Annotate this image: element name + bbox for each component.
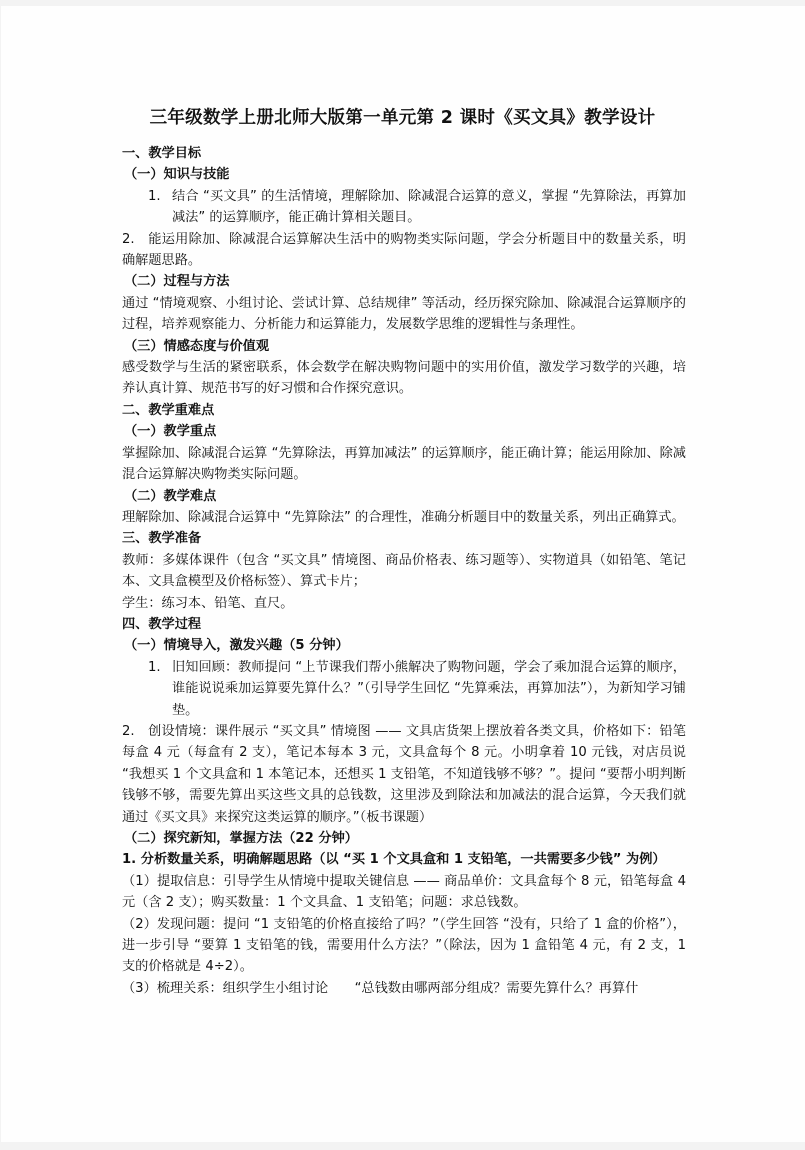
subheading-knowledge-skills: （一）知识与技能	[124, 164, 686, 185]
list-number: 1.	[148, 657, 161, 678]
subheading-key-points: （一）教学重点	[124, 421, 686, 442]
paragraph: 掌握除加、除减混合运算 “先算除法，再算加减法” 的运算顺序，能正确计算；能运用…	[122, 443, 686, 486]
list-item: 1. 旧知回顾：教师提问 “上节课我们帮小熊解决了购物问题，学会了乘加混合运算的…	[122, 657, 686, 721]
paragraph: 2.能运用除加、除减混合运算解决生活中的购物类实际问题，学会分析题目中的数量关系…	[122, 229, 686, 272]
list-number: 2.	[122, 229, 148, 250]
heading-key-difficulties: 二、教学重难点	[122, 400, 686, 421]
paragraph: 感受数学与生活的紧密联系，体会数学在解决购物问题中的实用价值，激发学习数学的兴趣…	[122, 357, 686, 400]
heading-teaching-objectives: 一、教学目标	[122, 143, 686, 164]
paragraph: （2）发现问题：提问 “1 支铅笔的价格直接给了吗？”（学生回答 “没有，只给了…	[122, 914, 686, 978]
list-number: 1.	[148, 186, 161, 207]
list-text: 旧知回顾：教师提问 “上节课我们帮小熊解决了购物问题，学会了乘加混合运算的顺序，…	[172, 660, 686, 718]
paragraph: （3）梳理关系：组织学生小组讨论 “总钱数由哪两部分组成？需要先算什么？再算什	[122, 978, 686, 999]
heading-preparation: 三、教学准备	[122, 528, 686, 549]
subheading-exploration: （二）探究新知，掌握方法（22 分钟）	[124, 828, 686, 849]
document-title: 三年级数学上册北师大版第一单元第 2 课时《买文具》教学设计	[0, 106, 805, 130]
paragraph: 通过 “情境观察、小组讨论、尝试计算、总结规律” 等活动，经历探究除加、除减混合…	[122, 293, 686, 336]
document-body: 一、教学目标 （一）知识与技能 1. 结合 “买文具” 的生活情境，理解除加、除…	[122, 143, 686, 999]
list-number: 2.	[122, 721, 148, 742]
paragraph-text: 能运用除加、除减混合运算解决生活中的购物类实际问题，学会分析题目中的数量关系，明…	[122, 232, 686, 268]
paragraph: （1）提取信息：引导学生从情境中提取关键信息 —— 商品单价：文具盒每个 8 元…	[122, 871, 686, 914]
subheading-process-methods: （二）过程与方法	[124, 271, 686, 292]
subheading-difficulties: （二）教学难点	[124, 486, 686, 507]
paragraph: 理解除加、除减混合运算中 “先算除法” 的合理性，准确分析题目中的数量关系，列出…	[122, 507, 686, 528]
subheading-introduction: （一）情境导入，激发兴趣（5 分钟）	[124, 635, 686, 656]
list-item: 1. 结合 “买文具” 的生活情境，理解除加、除减混合运算的意义，掌握 “先算除…	[122, 186, 686, 229]
paragraph-student-prep: 学生：练习本、铅笔、直尺。	[122, 593, 686, 614]
paragraph-text: 创设情境：课件展示 “买文具” 情境图 —— 文具店货架上摆放着各类文具，价格如…	[122, 724, 686, 825]
subheading-emotion-values: （三）情感态度与价值观	[124, 336, 686, 357]
heading-analysis: 1. 分析数量关系，明确解题思路（以 “买 1 个文具盒和 1 支铅笔，一共需要…	[122, 849, 686, 870]
paragraph-teacher-prep: 教师：多媒体课件（包含 “买文具” 情境图、商品价格表、练习题等）、实物道具（如…	[122, 550, 686, 593]
paragraph: 2.创设情境：课件展示 “买文具” 情境图 —— 文具店货架上摆放着各类文具，价…	[122, 721, 686, 828]
heading-teaching-process: 四、教学过程	[122, 614, 686, 635]
list-text: 结合 “买文具” 的生活情境，理解除加、除减混合运算的意义，掌握 “先算除法，再…	[172, 189, 686, 225]
